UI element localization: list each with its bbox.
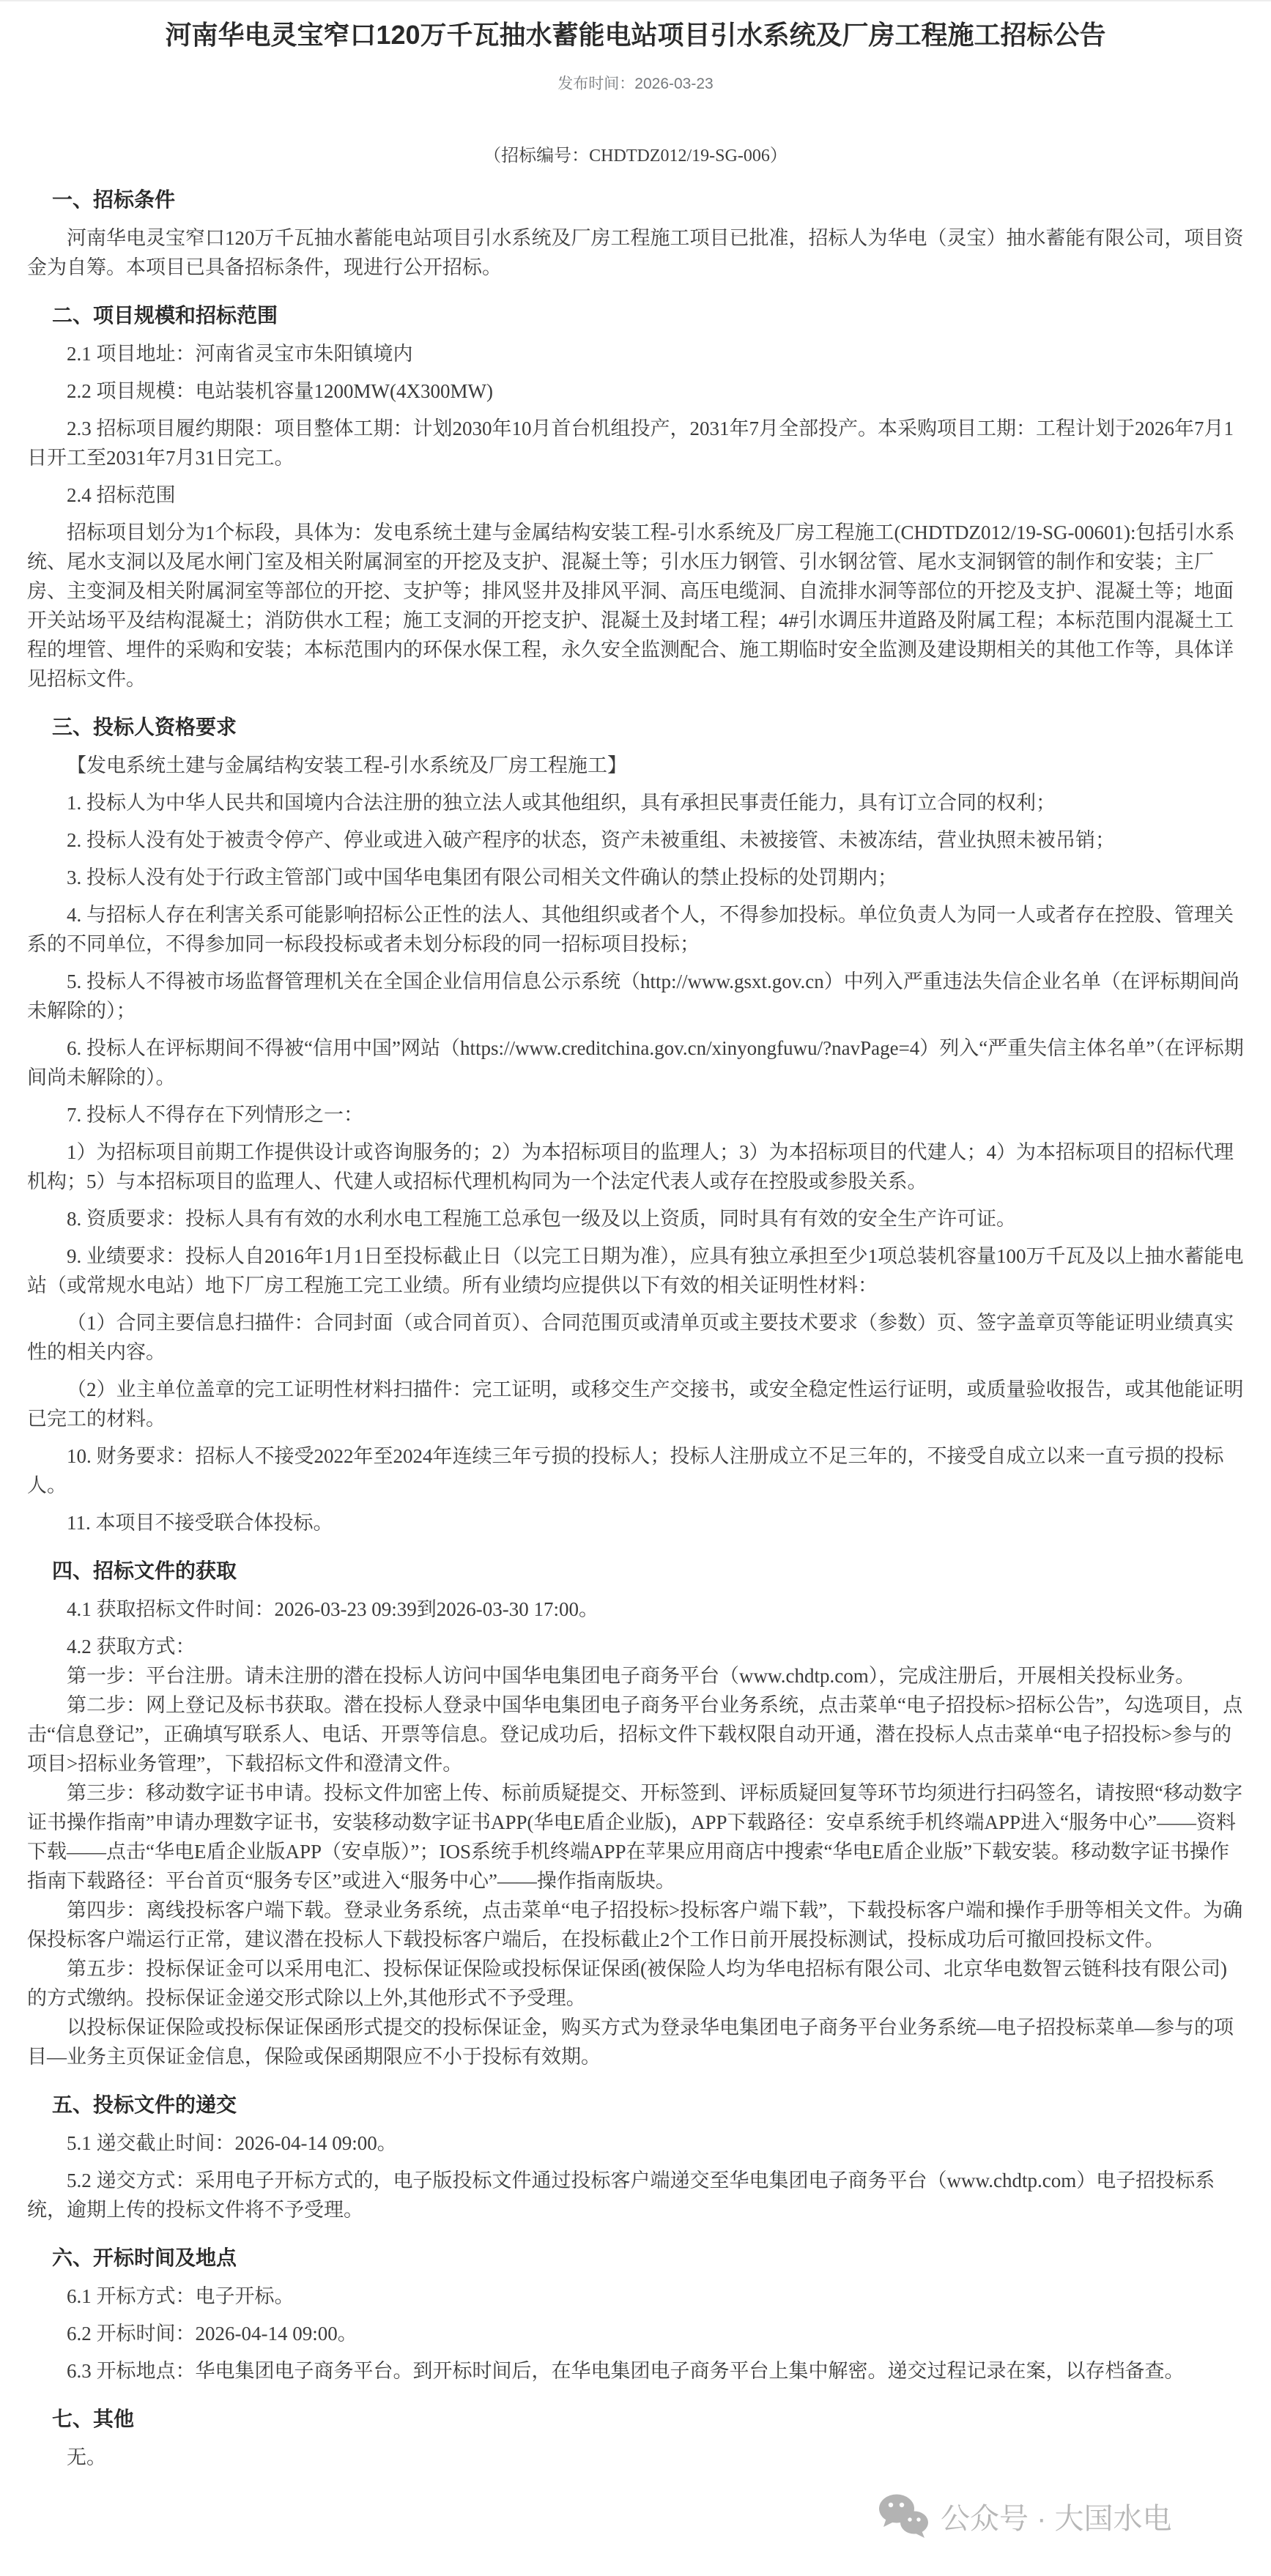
paragraph: 6.2 开标时间：2026-04-14 09:00。 bbox=[27, 2319, 1244, 2348]
paragraph: 河南华电灵宝窄口120万千瓦抽水蓄能电站项目引水系统及厂房工程施工项目已批准，招… bbox=[27, 223, 1244, 282]
paragraph: （1）合同主要信息扫描件：合同封面（或合同首页）、合同范围页或清单页或主要技术要… bbox=[27, 1308, 1244, 1367]
section-heading: 一、招标条件 bbox=[27, 185, 1244, 215]
section-heading: 三、投标人资格要求 bbox=[27, 713, 1244, 742]
document-body: 一、招标条件河南华电灵宝窄口120万千瓦抽水蓄能电站项目引水系统及厂房工程施工项… bbox=[27, 185, 1244, 2472]
paragraph: 4.2 获取方式： bbox=[27, 1632, 1244, 1661]
paragraph: 第三步：移动数字证书申请。投标文件加密上传、标前质疑提交、开标签到、评标质疑回复… bbox=[27, 1778, 1244, 1896]
paragraph: 10. 财务要求：招标人不接受2022年至2024年连续三年亏损的投标人；投标人… bbox=[27, 1441, 1244, 1500]
paragraph: 8. 资质要求：投标人具有有效的水利水电工程施工总承包一级及以上资质，同时具有有… bbox=[27, 1204, 1244, 1233]
paragraph: 4.1 获取招标文件时间：2026-03-23 09:39到2026-03-30… bbox=[27, 1595, 1244, 1624]
paragraph: 2.2 项目规模：电站装机容量1200MW(4X300MW) bbox=[27, 376, 1244, 406]
paragraph: 6. 投标人在评标期间不得被“信用中国”网站（https://www.credi… bbox=[27, 1033, 1244, 1092]
paragraph: 以投标保证保险或投标保证保函形式提交的投标保证金，购买方式为登录华电集团电子商务… bbox=[27, 2013, 1244, 2071]
paragraph: 5.2 递交方式：采用电子开标方式的，电子版投标文件通过投标客户端递交至华电集团… bbox=[27, 2166, 1244, 2224]
paragraph: 4. 与招标人存在利害关系可能影响招标公正性的法人、其他组织或者个人，不得参加投… bbox=[27, 900, 1244, 959]
paragraph: 第四步：离线投标客户端下载。登录业务系统，点击菜单“电子招投标>投标客户端下载”… bbox=[27, 1896, 1244, 1954]
paragraph: 6.1 开标方式：电子开标。 bbox=[27, 2282, 1244, 2311]
tender-number: （招标编号：CHDTDZ012/19-SG-006） bbox=[27, 141, 1244, 166]
paragraph: 【发电系统土建与金属结构安装工程-引水系统及厂房工程施工】 bbox=[27, 751, 1244, 780]
page-title: 河南华电灵宝窄口120万千瓦抽水蓄能电站项目引水系统及厂房工程施工招标公告 bbox=[27, 18, 1244, 53]
publish-date: 发布时间：2026-03-23 bbox=[27, 72, 1244, 94]
paragraph: 招标项目划分为1个标段，具体为：发电系统土建与金属结构安装工程-引水系统及厂房工… bbox=[27, 518, 1244, 694]
watermark-text: 公众号 · 大国水电 bbox=[941, 2495, 1172, 2537]
paragraph: （2）业主单位盖章的完工证明性材料扫描件：完工证明，或移交生产交接书，或安全稳定… bbox=[27, 1375, 1244, 1433]
paragraph: 2.3 招标项目履约期限：项目整体工期：计划2030年10月首台机组投产，203… bbox=[27, 414, 1244, 472]
paragraph: 第二步：网上登记及标书获取。潜在投标人登录中国华电集团电子商务平台业务系统，点击… bbox=[27, 1690, 1244, 1778]
paragraph: 2.4 招标范围 bbox=[27, 480, 1244, 510]
paragraph: 3. 投标人没有处于行政主管部门或中国华电集团有限公司相关文件确认的禁止投标的处… bbox=[27, 863, 1244, 892]
section-heading: 七、其他 bbox=[27, 2405, 1244, 2434]
paragraph: 第五步：投标保证金可以采用电汇、投标保证保险或投标保证保函(被保险人均为华电招标… bbox=[27, 1954, 1244, 2013]
paragraph: 11. 本项目不接受联合体投标。 bbox=[27, 1508, 1244, 1537]
section-heading: 五、投标文件的递交 bbox=[27, 2090, 1244, 2120]
paragraph: 9. 业绩要求：投标人自2016年1月1日至投标截止日（以完工日期为准），应具有… bbox=[27, 1241, 1244, 1300]
paragraph: 7. 投标人不得存在下列情形之一： bbox=[27, 1100, 1244, 1129]
paragraph: 1）为招标项目前期工作提供设计或咨询服务的；2）为本招标项目的监理人；3）为本招… bbox=[27, 1137, 1244, 1196]
paragraph: 5. 投标人不得被市场监督管理机关在全国企业信用信息公示系统（http://ww… bbox=[27, 967, 1244, 1025]
watermark: 公众号 · 大国水电 bbox=[878, 2493, 1172, 2539]
paragraph: 2.1 项目地址：河南省灵宝市朱阳镇境内 bbox=[27, 339, 1244, 368]
section-heading: 六、开标时间及地点 bbox=[27, 2243, 1244, 2273]
section-heading: 四、招标文件的获取 bbox=[27, 1556, 1244, 1586]
paragraph: 1. 投标人为中华人民共和国境内合法注册的独立法人或其他组织，具有承担民事责任能… bbox=[27, 788, 1244, 817]
paragraph: 2. 投标人没有处于被责令停产、停业或进入破产程序的状态，资产未被重组、未被接管… bbox=[27, 825, 1244, 855]
paragraph: 5.1 递交截止时间：2026-04-14 09:00。 bbox=[27, 2128, 1244, 2158]
paragraph: 第一步：平台注册。请未注册的潜在投标人访问中国华电集团电子商务平台（www.ch… bbox=[27, 1661, 1244, 1690]
section-heading: 二、项目规模和招标范围 bbox=[27, 301, 1244, 330]
paragraph: 6.3 开标地点：华电集团电子商务平台。到开标时间后，在华电集团电子商务平台上集… bbox=[27, 2356, 1244, 2386]
paragraph: 无。 bbox=[27, 2443, 1244, 2472]
announcement-page: 河南华电灵宝窄口120万千瓦抽水蓄能电站项目引水系统及厂房工程施工招标公告 发布… bbox=[0, 0, 1271, 2576]
document-header: 河南华电灵宝窄口120万千瓦抽水蓄能电站项目引水系统及厂房工程施工招标公告 发布… bbox=[27, 1, 1244, 166]
wechat-icon bbox=[878, 2493, 930, 2539]
